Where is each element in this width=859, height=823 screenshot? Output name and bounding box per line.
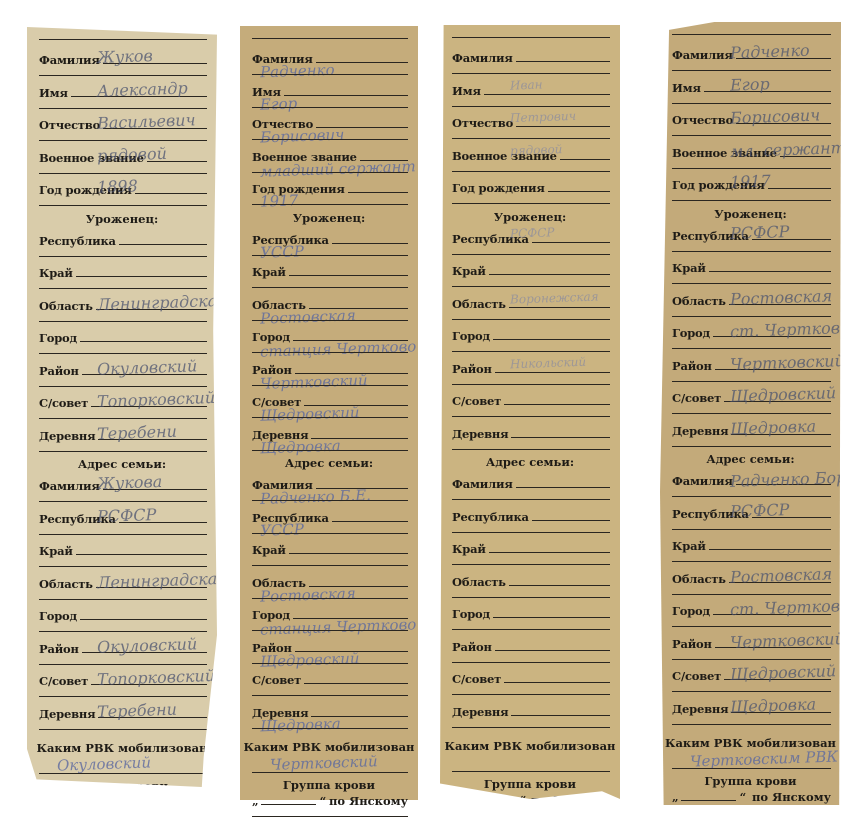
- handwritten-rank: рядовой: [97, 143, 167, 164]
- field-label: С/совет: [252, 673, 301, 687]
- field-line: [493, 339, 610, 340]
- handwritten-name: Александр: [97, 78, 188, 100]
- field-line: [489, 274, 610, 275]
- field-label: Имя: [39, 86, 68, 100]
- field-label: Имя: [672, 81, 701, 95]
- divider: [252, 172, 408, 173]
- field-label: Край: [252, 543, 286, 557]
- handwritten-rank: рядовой: [510, 142, 563, 158]
- field-line: [509, 307, 610, 308]
- field-family-selsovet: С/совет: [452, 672, 610, 686]
- field-label: Район: [672, 637, 712, 651]
- field-family-oblast: Область: [452, 575, 610, 589]
- family-header: Адрес семьи:: [27, 457, 217, 471]
- field-line: [489, 552, 610, 553]
- field-line: [119, 244, 207, 245]
- field-family-krai: Край: [39, 544, 207, 558]
- native-header: Уроженец:: [27, 212, 217, 226]
- handwritten-family-village: Щедровка: [260, 714, 341, 735]
- divider: [39, 353, 207, 354]
- divider: [39, 451, 207, 452]
- field-label: Деревня: [672, 702, 728, 716]
- divider: [672, 594, 831, 595]
- divider: [39, 321, 207, 322]
- field-line: [511, 715, 610, 716]
- field-line: [709, 549, 831, 550]
- field-family-village: Деревня: [452, 705, 610, 719]
- handwritten-republic: РСФСР: [730, 221, 790, 242]
- field-label: Район: [39, 642, 79, 656]
- field-line: [289, 553, 408, 554]
- field-selsovet: С/совет: [452, 394, 610, 408]
- field-family-city: Город: [452, 607, 610, 621]
- field-surname: Фамилия: [452, 51, 610, 65]
- divider: [452, 138, 610, 139]
- handwritten-family-raion: Окуловский: [97, 634, 198, 656]
- divider: [452, 351, 610, 352]
- field-label: Отчество: [452, 116, 513, 130]
- rvk-label: Каким РВК мобилизован: [440, 739, 620, 753]
- field-city: Город: [452, 329, 610, 343]
- field-label: Область: [672, 572, 726, 586]
- field-line: [509, 585, 610, 586]
- handwritten-oblast: Ростовская: [730, 286, 833, 309]
- divider: [252, 385, 408, 386]
- handwritten-name: Егор: [260, 94, 298, 113]
- family-header: Адрес семьи:: [440, 455, 620, 469]
- field-line: [284, 95, 408, 96]
- field-label: Город: [452, 329, 490, 343]
- divider: [452, 662, 610, 663]
- family-header: Адрес семьи:: [660, 452, 841, 466]
- divider: [252, 598, 408, 599]
- handwritten-patronymic: Петрович: [510, 109, 576, 125]
- field-line: [80, 341, 207, 342]
- divider: [452, 815, 610, 816]
- form-card-3: ФамилияИмяИванОтчествоПетровичВоенное зв…: [440, 25, 620, 799]
- divider: [452, 37, 610, 38]
- handwritten-city: ст. Чертково: [730, 318, 850, 341]
- blood-group-blank: [48, 805, 103, 806]
- field-label: Город: [672, 326, 710, 340]
- divider: [452, 254, 610, 255]
- divider: [672, 659, 831, 660]
- divider: [672, 561, 831, 562]
- field-label: Республика: [39, 234, 116, 248]
- blood-group-field: „“по Янскому: [672, 790, 831, 804]
- divider: [672, 34, 831, 35]
- divider: [39, 108, 207, 109]
- divider: [39, 599, 207, 600]
- rvk-label: Каким РВК мобилизован: [27, 741, 217, 755]
- quote-close: “: [107, 795, 114, 809]
- handwritten-surname: Радченко: [260, 61, 335, 82]
- handwritten-family-oblast: Ленинградская: [97, 568, 228, 592]
- field-label: Район: [672, 359, 712, 373]
- field-krai: Край: [672, 261, 831, 275]
- divider: [672, 135, 831, 136]
- field-label: Фамилия: [452, 477, 513, 491]
- handwritten-rank: мл. сержант: [730, 137, 846, 160]
- field-label: Деревня: [39, 707, 95, 721]
- handwritten-name: Егор: [730, 74, 770, 94]
- field-label: С/совет: [452, 672, 501, 686]
- divider: [252, 533, 408, 534]
- field-line: [493, 617, 610, 618]
- form-card-2: ФамилияРадченкоИмяЕгорОтчествоБорисовичВ…: [240, 26, 418, 800]
- divider: [252, 663, 408, 664]
- handwritten-family-surname: Радченко Борис Егорович: [730, 464, 859, 491]
- field-label: Район: [452, 362, 492, 376]
- divider: [39, 696, 207, 697]
- field-line: [511, 437, 610, 438]
- handwritten-name: Иван: [510, 77, 543, 92]
- divider: [39, 173, 207, 174]
- form-card-1: ФамилияЖуковИмяАлександрОтчествоВасильев…: [27, 27, 217, 787]
- divider: [672, 200, 831, 201]
- handwritten-family-republic: РСФСР: [730, 499, 790, 520]
- divider: [452, 449, 610, 450]
- divider: [452, 499, 610, 500]
- handwritten-selsovet: Щедровский: [260, 403, 360, 424]
- field-label: Город: [452, 607, 490, 621]
- handwritten-family-raion: Чертковский: [730, 629, 845, 652]
- handwritten-family-republic: РСФСР: [97, 504, 157, 525]
- divider: [39, 729, 207, 730]
- divider: [252, 74, 408, 75]
- field-label: С/совет: [672, 391, 721, 405]
- field-label: Область: [672, 294, 726, 308]
- handwritten-family-selsovet: Щедровский: [730, 661, 837, 684]
- divider: [39, 418, 207, 419]
- field-line: [516, 487, 610, 488]
- field-label: С/совет: [39, 674, 88, 688]
- field-label: Отчество: [672, 113, 733, 127]
- handwritten-patronymic: Борисович: [260, 126, 345, 147]
- quote-open: „: [452, 793, 459, 807]
- divider: [452, 384, 610, 385]
- field-label: Край: [452, 264, 486, 278]
- divider: [672, 529, 831, 530]
- family-header: Адрес семьи:: [240, 456, 418, 470]
- divider: [452, 771, 610, 772]
- field-label: Год рождения: [452, 181, 545, 195]
- divider: [39, 566, 207, 567]
- handwritten-village: Щедровка: [730, 416, 817, 438]
- handwritten-family-surname: Радченко Б.Е.: [260, 486, 371, 508]
- divider: [252, 139, 408, 140]
- field-krai: Край: [452, 264, 610, 278]
- handwritten-family-surname: Жукова: [97, 472, 163, 493]
- handwritten-raion: Никольский: [510, 354, 587, 371]
- divider: [39, 39, 207, 40]
- rvk-value: Чертковский: [270, 752, 378, 774]
- handwritten-oblast: Ленинградская: [97, 290, 228, 314]
- divider: [452, 629, 610, 630]
- divider: [252, 500, 408, 501]
- field-label: Край: [672, 539, 706, 553]
- divider: [672, 496, 831, 497]
- blood-group-blank: [261, 804, 316, 805]
- field-label: Фамилия: [672, 474, 733, 488]
- blood-group-label: Группа крови: [240, 778, 418, 792]
- divider: [39, 773, 207, 774]
- blood-system-label: по Янскому: [329, 794, 408, 808]
- field-family-raion: Район: [452, 640, 610, 654]
- field-label: Область: [39, 577, 93, 591]
- field-label: Область: [452, 575, 506, 589]
- divider: [452, 597, 610, 598]
- handwritten-republic: РСФСР: [510, 225, 555, 241]
- divider: [39, 534, 207, 535]
- field-label: Город: [39, 609, 77, 623]
- blood-group-blank: [681, 800, 736, 801]
- quote-open: „: [39, 795, 46, 809]
- field-city: Город: [39, 331, 207, 345]
- field-family-city: Город: [39, 609, 207, 623]
- native-header: Уроженец:: [240, 211, 418, 225]
- field-label: Край: [452, 542, 486, 556]
- blood-system-label: по Янскому: [752, 790, 831, 804]
- field-label: Деревня: [452, 705, 508, 719]
- divider: [672, 103, 831, 104]
- field-label: Край: [672, 261, 706, 275]
- handwritten-raion: Окуловский: [97, 356, 198, 378]
- blood-group-label: Группа крови: [27, 779, 217, 793]
- field-line: [532, 520, 610, 521]
- field-label: Фамилия: [39, 479, 100, 493]
- handwritten-patronymic: Васильевич: [97, 110, 196, 132]
- native-header: Уроженец:: [440, 210, 620, 224]
- handwritten-surname: Радченко: [730, 41, 810, 63]
- divider: [672, 316, 831, 317]
- field-label: Имя: [452, 84, 481, 98]
- field-label: С/совет: [39, 396, 88, 410]
- divider: [39, 386, 207, 387]
- divider: [252, 255, 408, 256]
- divider: [672, 70, 831, 71]
- divider: [39, 140, 207, 141]
- divider: [252, 107, 408, 108]
- divider: [672, 812, 831, 813]
- divider: [672, 283, 831, 284]
- field-label: Фамилия: [452, 51, 513, 65]
- field-line: [560, 159, 610, 160]
- blood-group-field: „“по Янскому: [252, 794, 408, 808]
- field-label: С/совет: [452, 394, 501, 408]
- divider: [39, 256, 207, 257]
- handwritten-birth-year: 1917: [730, 171, 771, 191]
- handwritten-republic: УССР: [260, 242, 304, 262]
- handwritten-surname: Жуков: [97, 46, 153, 67]
- divider: [39, 288, 207, 289]
- divider: [672, 768, 831, 769]
- divider: [452, 286, 610, 287]
- field-label: Город: [39, 331, 77, 345]
- form-card-4: ФамилияРадченкоИмяЕгорОтчествоБорисовичВ…: [660, 22, 841, 805]
- quote-open: „: [252, 794, 259, 808]
- field-line: [332, 243, 408, 244]
- field-line: [495, 650, 610, 651]
- divider: [252, 816, 408, 817]
- divider: [252, 728, 408, 729]
- field-line: [76, 554, 207, 555]
- rvk-label: Каким РВК мобилизован: [240, 740, 418, 754]
- handwritten-family-raion: Щедровский: [260, 649, 360, 670]
- divider: [252, 565, 408, 566]
- blood-group-field: „“по Янскому: [452, 793, 610, 807]
- field-birth-year: Год рождения: [452, 181, 610, 195]
- field-line: [484, 94, 610, 95]
- divider: [672, 691, 831, 692]
- divider: [672, 168, 831, 169]
- field-line: [768, 188, 831, 189]
- handwritten-oblast: Ростовская: [260, 306, 356, 327]
- native-header: Уроженец:: [660, 207, 841, 221]
- divider: [39, 205, 207, 206]
- divider: [452, 171, 610, 172]
- handwritten-village: Щедровка: [260, 436, 341, 457]
- quote-close: “: [320, 794, 327, 808]
- blood-system-label: по Янскому: [531, 793, 610, 807]
- field-label: Фамилия: [39, 53, 100, 67]
- blood-group-label: Группа крови: [440, 777, 620, 791]
- field-label: С/совет: [672, 669, 721, 683]
- field-label: Город: [672, 604, 710, 618]
- field-krai: Край: [39, 266, 207, 280]
- divider: [452, 319, 610, 320]
- divider: [452, 203, 610, 204]
- rvk-value: Окуловский: [57, 753, 152, 774]
- divider: [672, 348, 831, 349]
- field-line: [516, 126, 610, 127]
- blood-system-label: по Янскому: [128, 795, 207, 809]
- field-label: Фамилия: [672, 48, 733, 62]
- field-family-krai: Край: [252, 543, 408, 557]
- divider: [252, 352, 408, 353]
- field-label: Край: [39, 544, 73, 558]
- divider: [252, 695, 408, 696]
- field-line: [304, 683, 408, 684]
- field-line: [76, 276, 207, 277]
- divider: [252, 38, 408, 39]
- divider: [452, 532, 610, 533]
- handwritten-oblast: Воронежская: [510, 289, 599, 306]
- field-label: Край: [39, 266, 73, 280]
- field-republic: Республика: [39, 234, 207, 248]
- divider: [39, 631, 207, 632]
- field-line: [289, 275, 408, 276]
- handwritten-family-city: ст. Чертково: [730, 596, 850, 619]
- divider: [252, 630, 408, 631]
- divider: [672, 724, 831, 725]
- quote-close: “: [740, 790, 747, 804]
- divider: [252, 417, 408, 418]
- divider: [39, 817, 207, 818]
- handwritten-family-village: Щедровка: [730, 694, 817, 716]
- handwritten-family-oblast: Ростовская: [260, 584, 356, 605]
- field-family-surname: Фамилия: [452, 477, 610, 491]
- field-village: Деревня: [452, 427, 610, 441]
- field-family-selsovet: С/совет: [252, 673, 408, 687]
- divider: [452, 694, 610, 695]
- divider: [39, 75, 207, 76]
- divider: [39, 501, 207, 502]
- field-family-krai: Край: [452, 542, 610, 556]
- field-krai: Край: [252, 265, 408, 279]
- field-label: Деревня: [672, 424, 728, 438]
- blood-group-blank: [461, 803, 516, 804]
- divider: [252, 772, 408, 773]
- field-line: [548, 191, 610, 192]
- field-line: [532, 242, 610, 243]
- field-label: Деревня: [452, 427, 508, 441]
- field-label: Область: [39, 299, 93, 313]
- field-line: [709, 271, 831, 272]
- field-line: [495, 372, 610, 373]
- field-line: [332, 521, 408, 522]
- divider: [252, 450, 408, 451]
- blood-group-field: „“по Янскому: [39, 795, 207, 809]
- divider: [252, 320, 408, 321]
- field-family-krai: Край: [672, 539, 831, 553]
- field-label: Район: [39, 364, 79, 378]
- field-label: Район: [452, 640, 492, 654]
- field-label: Область: [452, 297, 506, 311]
- field-line: [504, 404, 610, 405]
- blood-group-label: Группа крови: [660, 774, 841, 788]
- divider: [252, 204, 408, 205]
- handwritten-village: Теребени: [97, 421, 178, 443]
- divider: [672, 626, 831, 627]
- field-line: [135, 193, 207, 194]
- handwritten-family-oblast: Ростовская: [730, 564, 833, 587]
- field-label: Деревня: [39, 429, 95, 443]
- quote-open: „: [672, 790, 679, 804]
- handwritten-raion: Чертковский: [730, 351, 845, 374]
- handwritten-patronymic: Борисович: [730, 105, 821, 127]
- divider: [672, 446, 831, 447]
- field-family-republic: Республика: [452, 510, 610, 524]
- handwritten-family-village: Теребени: [97, 699, 178, 721]
- divider: [452, 73, 610, 74]
- handwritten-selsovet: Щедровский: [730, 383, 837, 406]
- field-line: [516, 61, 610, 62]
- quote-close: “: [520, 793, 527, 807]
- handwritten-birth-year: 1917: [260, 191, 299, 210]
- handwritten-birth-year: 1898: [97, 176, 138, 196]
- divider: [252, 287, 408, 288]
- divider: [672, 251, 831, 252]
- divider: [452, 106, 610, 107]
- divider: [672, 413, 831, 414]
- field-line: [80, 619, 207, 620]
- field-line: [504, 682, 610, 683]
- field-label: Край: [252, 265, 286, 279]
- field-label: Отчество: [39, 118, 100, 132]
- field-label: Республика: [452, 510, 529, 524]
- divider: [452, 727, 610, 728]
- handwritten-raion: Чертковский: [260, 371, 368, 393]
- handwritten-family-republic: УССР: [260, 520, 304, 540]
- divider: [672, 381, 831, 382]
- divider: [39, 664, 207, 665]
- field-line: [348, 192, 408, 193]
- divider: [452, 564, 610, 565]
- divider: [452, 416, 610, 417]
